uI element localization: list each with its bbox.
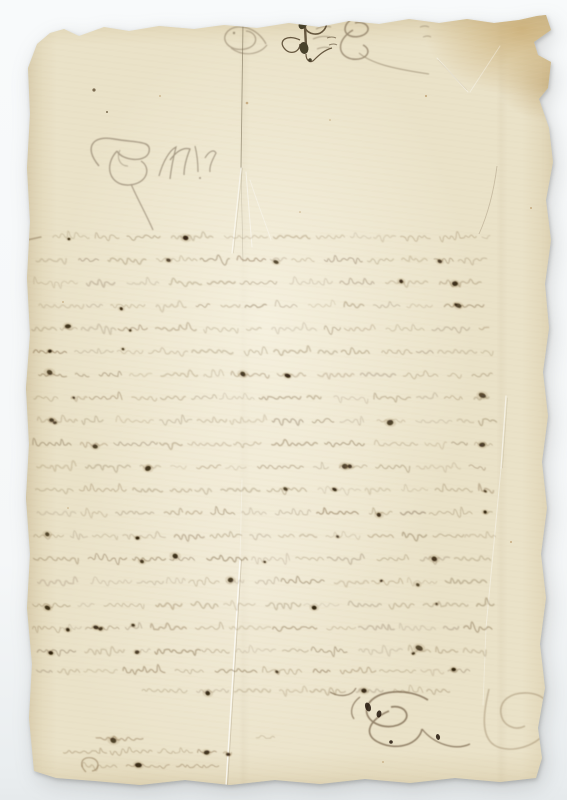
bleed-word xyxy=(255,577,280,584)
bleed-word-overstroke xyxy=(257,465,303,469)
foxing-speck xyxy=(246,102,249,105)
bleed-word xyxy=(221,488,260,492)
bleed-word xyxy=(115,416,153,423)
bleed-word xyxy=(164,508,183,514)
bleed-word xyxy=(188,577,220,586)
bleed-word xyxy=(104,603,145,608)
bleed-word xyxy=(472,373,493,377)
bleed-word-overstroke xyxy=(118,325,148,331)
bleed-word xyxy=(389,603,415,609)
bleed-word xyxy=(79,484,127,492)
bleed-word xyxy=(203,370,224,377)
bleed-word-overstroke xyxy=(75,373,89,377)
bleed-word xyxy=(166,578,186,584)
bleed-word xyxy=(33,277,78,288)
bleed-word xyxy=(373,393,411,402)
bleed-word xyxy=(170,489,192,492)
center-fold-upper-faint xyxy=(240,480,242,560)
bleed-word xyxy=(156,256,197,262)
tr-wrinkle-shadow xyxy=(438,60,467,90)
foxing-speck xyxy=(62,301,64,303)
tc-blob-1 xyxy=(297,17,309,31)
hairline-curve xyxy=(479,166,497,234)
bleed-word xyxy=(224,235,267,238)
bleed-word xyxy=(196,689,229,693)
bleed-word xyxy=(221,305,240,307)
bleed-word xyxy=(444,396,462,400)
wrinkle-a-shadow xyxy=(234,168,243,253)
br-blob-2 xyxy=(376,710,382,718)
bleed-word-overstroke xyxy=(78,258,98,261)
bleed-word xyxy=(32,626,61,632)
bleed-text-line xyxy=(32,438,493,450)
paper-shadow-wrap xyxy=(0,0,567,800)
bleed-word-overstroke xyxy=(114,442,158,446)
bleed-word-overstroke xyxy=(88,392,122,400)
bleed-word xyxy=(250,534,271,540)
bleed-word xyxy=(416,351,433,354)
foxing-speck xyxy=(106,111,108,113)
bleed-word xyxy=(334,581,369,587)
br-tail xyxy=(422,729,470,747)
stamp-smudge-a xyxy=(33,16,43,21)
bleed-word xyxy=(202,649,230,653)
bleed-word xyxy=(358,624,394,629)
bleed-word xyxy=(416,393,438,399)
stamp-smudge xyxy=(33,15,72,22)
bleed-text-line xyxy=(33,391,490,403)
bleed-word xyxy=(111,304,146,308)
bleed-word xyxy=(273,346,311,355)
tc-loop-2 xyxy=(282,38,300,53)
bleed-word xyxy=(35,488,73,493)
tr-wrinkle-2 xyxy=(470,46,500,92)
docket-line xyxy=(63,747,232,757)
bleed-word xyxy=(33,557,79,564)
bleed-word xyxy=(273,235,310,238)
bleed-word xyxy=(137,581,164,585)
bleed-word-overstroke xyxy=(312,419,334,423)
bleed-word xyxy=(156,603,183,609)
bleed-word xyxy=(81,762,117,770)
bleed-word xyxy=(292,258,315,262)
bleed-word xyxy=(374,440,418,446)
bleed-word xyxy=(385,281,428,287)
bleed-word-overstroke xyxy=(259,397,301,400)
bleed-word xyxy=(327,554,365,564)
foxing-speck xyxy=(425,95,427,97)
bleed-word xyxy=(96,736,144,740)
bleed-text-line xyxy=(33,552,491,565)
bleed-word xyxy=(262,667,302,675)
tc-blob-2 xyxy=(299,41,310,54)
bleed-word-overstroke xyxy=(99,371,122,376)
bleed-word xyxy=(150,623,186,629)
generated-bleed-ink xyxy=(21,88,532,770)
bleed-text-line xyxy=(37,415,498,427)
bleed-line-dash xyxy=(22,237,42,241)
bleed-word xyxy=(244,347,268,356)
bleed-word xyxy=(296,557,324,560)
bleed-word xyxy=(234,689,271,692)
bleed-word xyxy=(110,747,153,755)
bleed-word-overstroke xyxy=(311,647,348,657)
bleed-word xyxy=(271,323,317,334)
bleed-word xyxy=(445,578,487,583)
bleed-word xyxy=(393,685,423,692)
foxing-speck xyxy=(510,541,512,543)
nel-stroke-1 xyxy=(159,147,176,179)
bleed-word-overstroke xyxy=(240,281,277,284)
bleed-word-overstroke xyxy=(132,557,165,561)
bleed-word xyxy=(334,396,369,404)
bleed-word xyxy=(439,232,477,242)
bleed-word xyxy=(155,301,186,312)
bleed-word xyxy=(186,511,203,514)
bleed-word xyxy=(325,531,360,539)
paraph-tail xyxy=(131,184,153,230)
bleed-word xyxy=(108,258,147,264)
bleed-word xyxy=(340,667,376,674)
bottom-right-flourish xyxy=(330,688,552,749)
bleed-word xyxy=(122,532,165,540)
bleed-word xyxy=(176,764,219,767)
bleed-word xyxy=(371,578,403,585)
bleed-word xyxy=(196,465,221,469)
bleed-word xyxy=(401,256,427,261)
tc-loop-1 xyxy=(305,17,326,34)
top-left-swirl xyxy=(225,27,267,54)
bleed-word xyxy=(435,647,458,653)
bleed-word xyxy=(246,328,261,331)
bleed-word xyxy=(447,373,461,378)
bleed-word xyxy=(117,350,143,353)
bleed-word xyxy=(464,532,495,538)
bleed-word xyxy=(231,371,270,378)
bleed-word xyxy=(457,419,474,422)
bleed-word xyxy=(479,327,489,329)
ink-overlay xyxy=(0,0,567,800)
nel-stroke-3 xyxy=(195,146,198,172)
br-loop-1 xyxy=(367,692,428,727)
bleed-word xyxy=(229,415,267,425)
bleed-word xyxy=(58,669,80,675)
tc-xmarks xyxy=(327,37,337,45)
bleed-word xyxy=(191,395,217,400)
bleed-text-line xyxy=(36,664,471,675)
bleed-word xyxy=(126,277,159,284)
foxing-speck xyxy=(299,211,301,213)
bleed-word xyxy=(476,598,495,606)
docket-line xyxy=(256,736,275,739)
foxing-specks xyxy=(62,88,532,762)
bleed-word xyxy=(360,373,396,377)
bleed-word xyxy=(454,556,490,561)
bleed-word xyxy=(207,281,235,284)
bleed-word xyxy=(274,300,297,307)
bleed-word xyxy=(401,236,431,242)
bleed-word xyxy=(434,484,472,492)
bleed-word xyxy=(188,442,231,446)
bleed-word xyxy=(160,396,186,400)
br-blob-4 xyxy=(435,734,440,741)
bleed-word xyxy=(278,534,294,537)
right-hairline xyxy=(479,166,497,234)
bleed-word xyxy=(39,304,85,309)
wrinkle-c xyxy=(250,180,271,240)
center-fold-bottom-sh xyxy=(228,560,242,786)
bleed-word xyxy=(463,648,487,656)
bleed-word xyxy=(318,486,362,495)
bleed-word xyxy=(425,442,447,449)
bleed-text-line xyxy=(36,507,493,519)
bleed-word xyxy=(155,323,197,331)
bleed-word xyxy=(92,534,118,539)
stamp-smudge-c xyxy=(63,17,72,22)
bleed-word xyxy=(275,509,311,515)
bleed-text-line xyxy=(32,598,495,612)
bleed-word xyxy=(341,348,370,355)
bleed-word xyxy=(159,415,193,425)
bleed-word xyxy=(219,393,255,399)
bleed-word xyxy=(443,626,459,629)
top-center-dark-flourish xyxy=(282,17,337,62)
bleed-word xyxy=(197,417,227,422)
s-right-marks xyxy=(420,26,431,37)
nel-inscription xyxy=(159,146,216,179)
bleed-word xyxy=(318,350,338,354)
bleed-word-overstroke xyxy=(469,465,486,470)
bleed-text-line xyxy=(21,231,491,242)
bleed-word xyxy=(148,348,188,356)
bleed-word xyxy=(36,259,67,264)
bleed-word xyxy=(458,258,488,265)
bleed-word xyxy=(195,622,224,629)
bleed-word xyxy=(129,373,152,376)
bleed-word xyxy=(437,350,476,354)
bleed-word xyxy=(403,371,439,379)
bleed-text-line xyxy=(141,685,450,697)
bleed-word xyxy=(81,324,117,334)
bleed-word xyxy=(399,623,436,630)
bleed-word xyxy=(421,669,444,675)
bleed-word xyxy=(74,349,113,354)
bleed-word xyxy=(428,507,472,517)
paraph-loop-2 xyxy=(110,151,147,185)
foxing-speck xyxy=(159,95,161,97)
bleed-word xyxy=(241,508,266,515)
bleed-word xyxy=(37,511,76,516)
bleed-word xyxy=(36,461,77,471)
bleed-text-line xyxy=(38,300,485,312)
bleed-word xyxy=(377,555,409,561)
bleed-word xyxy=(52,231,89,239)
bleed-word xyxy=(90,577,133,586)
bleed-text-line xyxy=(38,368,493,379)
bleed-word-overstroke xyxy=(88,553,128,564)
bleed-word xyxy=(157,748,193,754)
bleed-word xyxy=(343,302,364,308)
top-left-swirl-dot xyxy=(233,32,235,34)
bleed-word xyxy=(308,300,336,307)
bleed-word xyxy=(33,396,58,401)
foxing-speck xyxy=(329,119,331,121)
bleed-word xyxy=(223,601,256,611)
bleed-word xyxy=(209,532,242,538)
bleed-word-overstroke xyxy=(324,441,364,447)
bleed-word xyxy=(256,736,275,739)
bleed-word xyxy=(373,302,400,308)
nel-stroke-4 xyxy=(205,151,216,172)
bleed-word xyxy=(373,235,396,242)
bleed-word xyxy=(416,420,452,423)
right-fold-3 xyxy=(483,628,486,705)
bleed-word xyxy=(379,670,416,673)
bleed-text-line xyxy=(36,461,486,473)
bleed-word xyxy=(78,603,95,606)
bleed-text-line xyxy=(35,484,494,495)
docket-line xyxy=(96,736,144,745)
bleed-word xyxy=(350,233,371,239)
bleed-word xyxy=(191,602,218,609)
bleed-word xyxy=(406,304,432,308)
bleed-word xyxy=(251,553,290,564)
br-big-swirl xyxy=(484,689,551,749)
br-hook xyxy=(352,697,360,719)
bleed-word-overstroke xyxy=(324,255,363,263)
bleed-word xyxy=(375,465,410,472)
bleed-word xyxy=(299,534,316,537)
bleed-word xyxy=(37,670,53,672)
bleed-word xyxy=(339,416,364,425)
bleed-word xyxy=(365,488,391,495)
bleed-word xyxy=(367,259,394,264)
bleed-word xyxy=(318,373,355,378)
bleed-text-line xyxy=(33,531,496,542)
bleed-word xyxy=(37,577,78,586)
bleed-word xyxy=(358,646,403,657)
s-tail xyxy=(359,53,429,74)
foxing-speck xyxy=(382,761,384,763)
bleed-word-overstroke xyxy=(444,304,484,308)
bleed-word xyxy=(423,602,468,607)
bleed-word xyxy=(233,442,261,448)
bleed-word xyxy=(482,236,491,239)
bleed-text-line xyxy=(33,277,482,289)
top-left-swirl-loop xyxy=(225,27,266,50)
bleed-word xyxy=(126,764,170,768)
stamp-smudge-b xyxy=(46,15,60,21)
bleed-word xyxy=(439,279,482,287)
nel-dot xyxy=(199,177,201,179)
bleed-word xyxy=(381,350,412,355)
bleed-word xyxy=(171,232,214,240)
bleed-text-line xyxy=(31,323,490,335)
bleed-word xyxy=(70,531,88,540)
bleed-word xyxy=(426,689,450,694)
br-blob-3 xyxy=(389,740,393,744)
bleed-word xyxy=(401,484,428,491)
bleed-word xyxy=(416,463,461,472)
tc-blob-3 xyxy=(308,58,312,62)
bleed-word xyxy=(85,465,131,472)
bleed-word xyxy=(307,396,321,399)
bleed-word-overstroke xyxy=(122,664,165,674)
bleed-word xyxy=(116,511,154,515)
bleed-word xyxy=(142,689,187,693)
bleed-word xyxy=(81,416,103,425)
wrinkle-a xyxy=(232,168,241,253)
bleed-word xyxy=(279,686,308,696)
bleed-word xyxy=(133,488,163,492)
bleed-word xyxy=(63,748,107,753)
bleed-word-overstroke xyxy=(280,576,324,583)
bleed-word-overstroke xyxy=(210,507,235,515)
bleed-word xyxy=(169,278,202,286)
bleed-word xyxy=(265,603,301,610)
bleed-word xyxy=(94,233,119,241)
bleed-word xyxy=(478,419,497,426)
bleed-word xyxy=(344,325,375,331)
bleed-text-line xyxy=(32,346,493,356)
bleed-word xyxy=(160,370,197,377)
bleed-word-overstroke xyxy=(196,304,210,307)
bleed-word xyxy=(313,462,329,468)
bleed-word xyxy=(235,645,276,652)
bleed-text-line xyxy=(32,622,493,633)
bleed-word xyxy=(32,327,57,331)
bleed-word xyxy=(192,350,234,354)
bleed-text-line xyxy=(36,644,487,657)
bleed-word xyxy=(433,534,464,537)
foxing-speck xyxy=(530,207,532,209)
bleed-word xyxy=(80,508,107,518)
left-paraph xyxy=(91,138,153,230)
bleed-word xyxy=(203,327,238,333)
bleed-word xyxy=(84,669,118,673)
bleed-word xyxy=(432,327,471,333)
bleed-text-line xyxy=(35,255,487,265)
bleed-word xyxy=(175,669,204,673)
s-upper-loop xyxy=(345,14,398,37)
bleed-word xyxy=(326,626,356,629)
bleed-word xyxy=(171,466,187,469)
bleed-word xyxy=(368,534,394,537)
bleed-word xyxy=(289,277,333,285)
bleed-word-overstroke xyxy=(32,438,71,446)
bleed-text-line xyxy=(37,576,487,588)
foxing-speck xyxy=(92,88,95,91)
bleed-word xyxy=(86,280,115,288)
center-fold-top-line xyxy=(241,23,243,168)
bleed-word xyxy=(282,649,308,652)
docket-line xyxy=(81,761,219,771)
bleed-word xyxy=(316,235,345,239)
bleed-word xyxy=(86,304,102,307)
bleed-word xyxy=(84,647,125,656)
bleed-word xyxy=(304,603,340,606)
bleed-word xyxy=(385,325,424,332)
bleed-word xyxy=(225,466,246,470)
br-blob-1 xyxy=(364,702,372,713)
bleed-word xyxy=(310,688,346,695)
paper-sheet xyxy=(25,14,559,790)
scan-stage xyxy=(0,0,567,800)
bleed-word xyxy=(132,397,157,401)
bleed-word xyxy=(407,578,438,587)
bleed-word xyxy=(160,443,183,449)
bleed-word-overstroke xyxy=(237,256,266,261)
